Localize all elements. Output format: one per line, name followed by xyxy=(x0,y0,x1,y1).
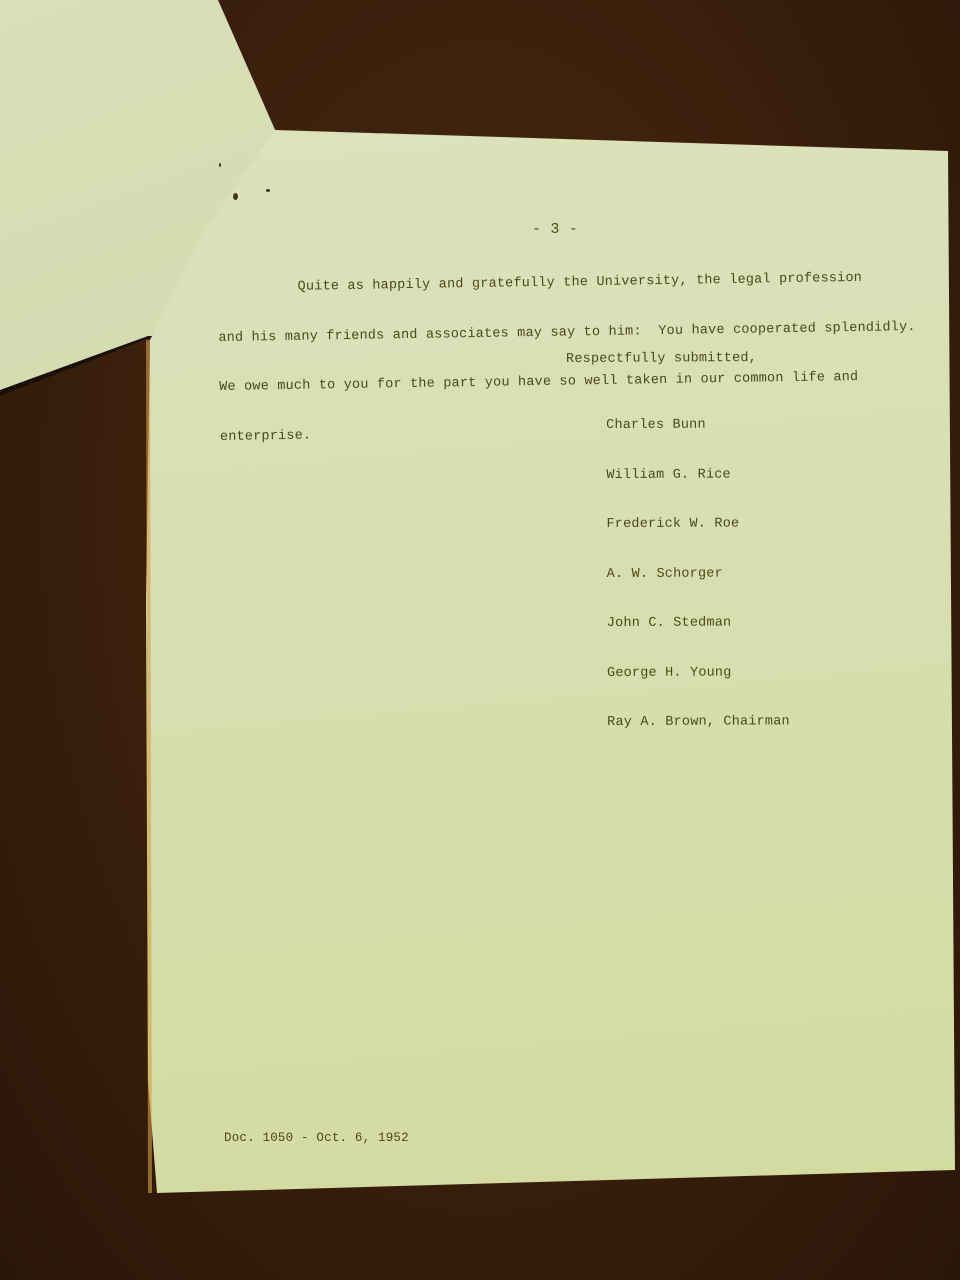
signatory: George H. Young xyxy=(607,665,790,682)
page-number: - 3 - xyxy=(532,222,578,239)
closing-salutation: Respectfully submitted, xyxy=(566,351,757,368)
ink-speck xyxy=(233,193,238,200)
signatory: William G. Rice xyxy=(606,467,789,484)
signatory-list: Charles Bunn William G. Rice Frederick W… xyxy=(606,384,790,748)
ink-speck xyxy=(219,163,221,167)
paragraph-line: and his many friends and associates may … xyxy=(218,320,915,347)
body-paragraph: Quite as happily and gratefully the Univ… xyxy=(217,237,918,462)
signatory: Frederick W. Roe xyxy=(606,516,789,533)
signatory: John C. Stedman xyxy=(607,615,790,632)
signatory-chairman: Ray A. Brown, Chairman xyxy=(607,714,790,731)
paragraph-line: We owe much to you for the part you have… xyxy=(219,369,916,396)
document-footer: Doc. 1050 - Oct. 6, 1952 xyxy=(224,1130,409,1147)
signatory: A. W. Schorger xyxy=(607,566,790,583)
paragraph-line: enterprise. xyxy=(220,419,917,446)
paragraph-line: Quite as happily and gratefully the Univ… xyxy=(218,270,915,297)
signatory: Charles Bunn xyxy=(606,417,789,434)
ink-speck xyxy=(266,189,270,192)
